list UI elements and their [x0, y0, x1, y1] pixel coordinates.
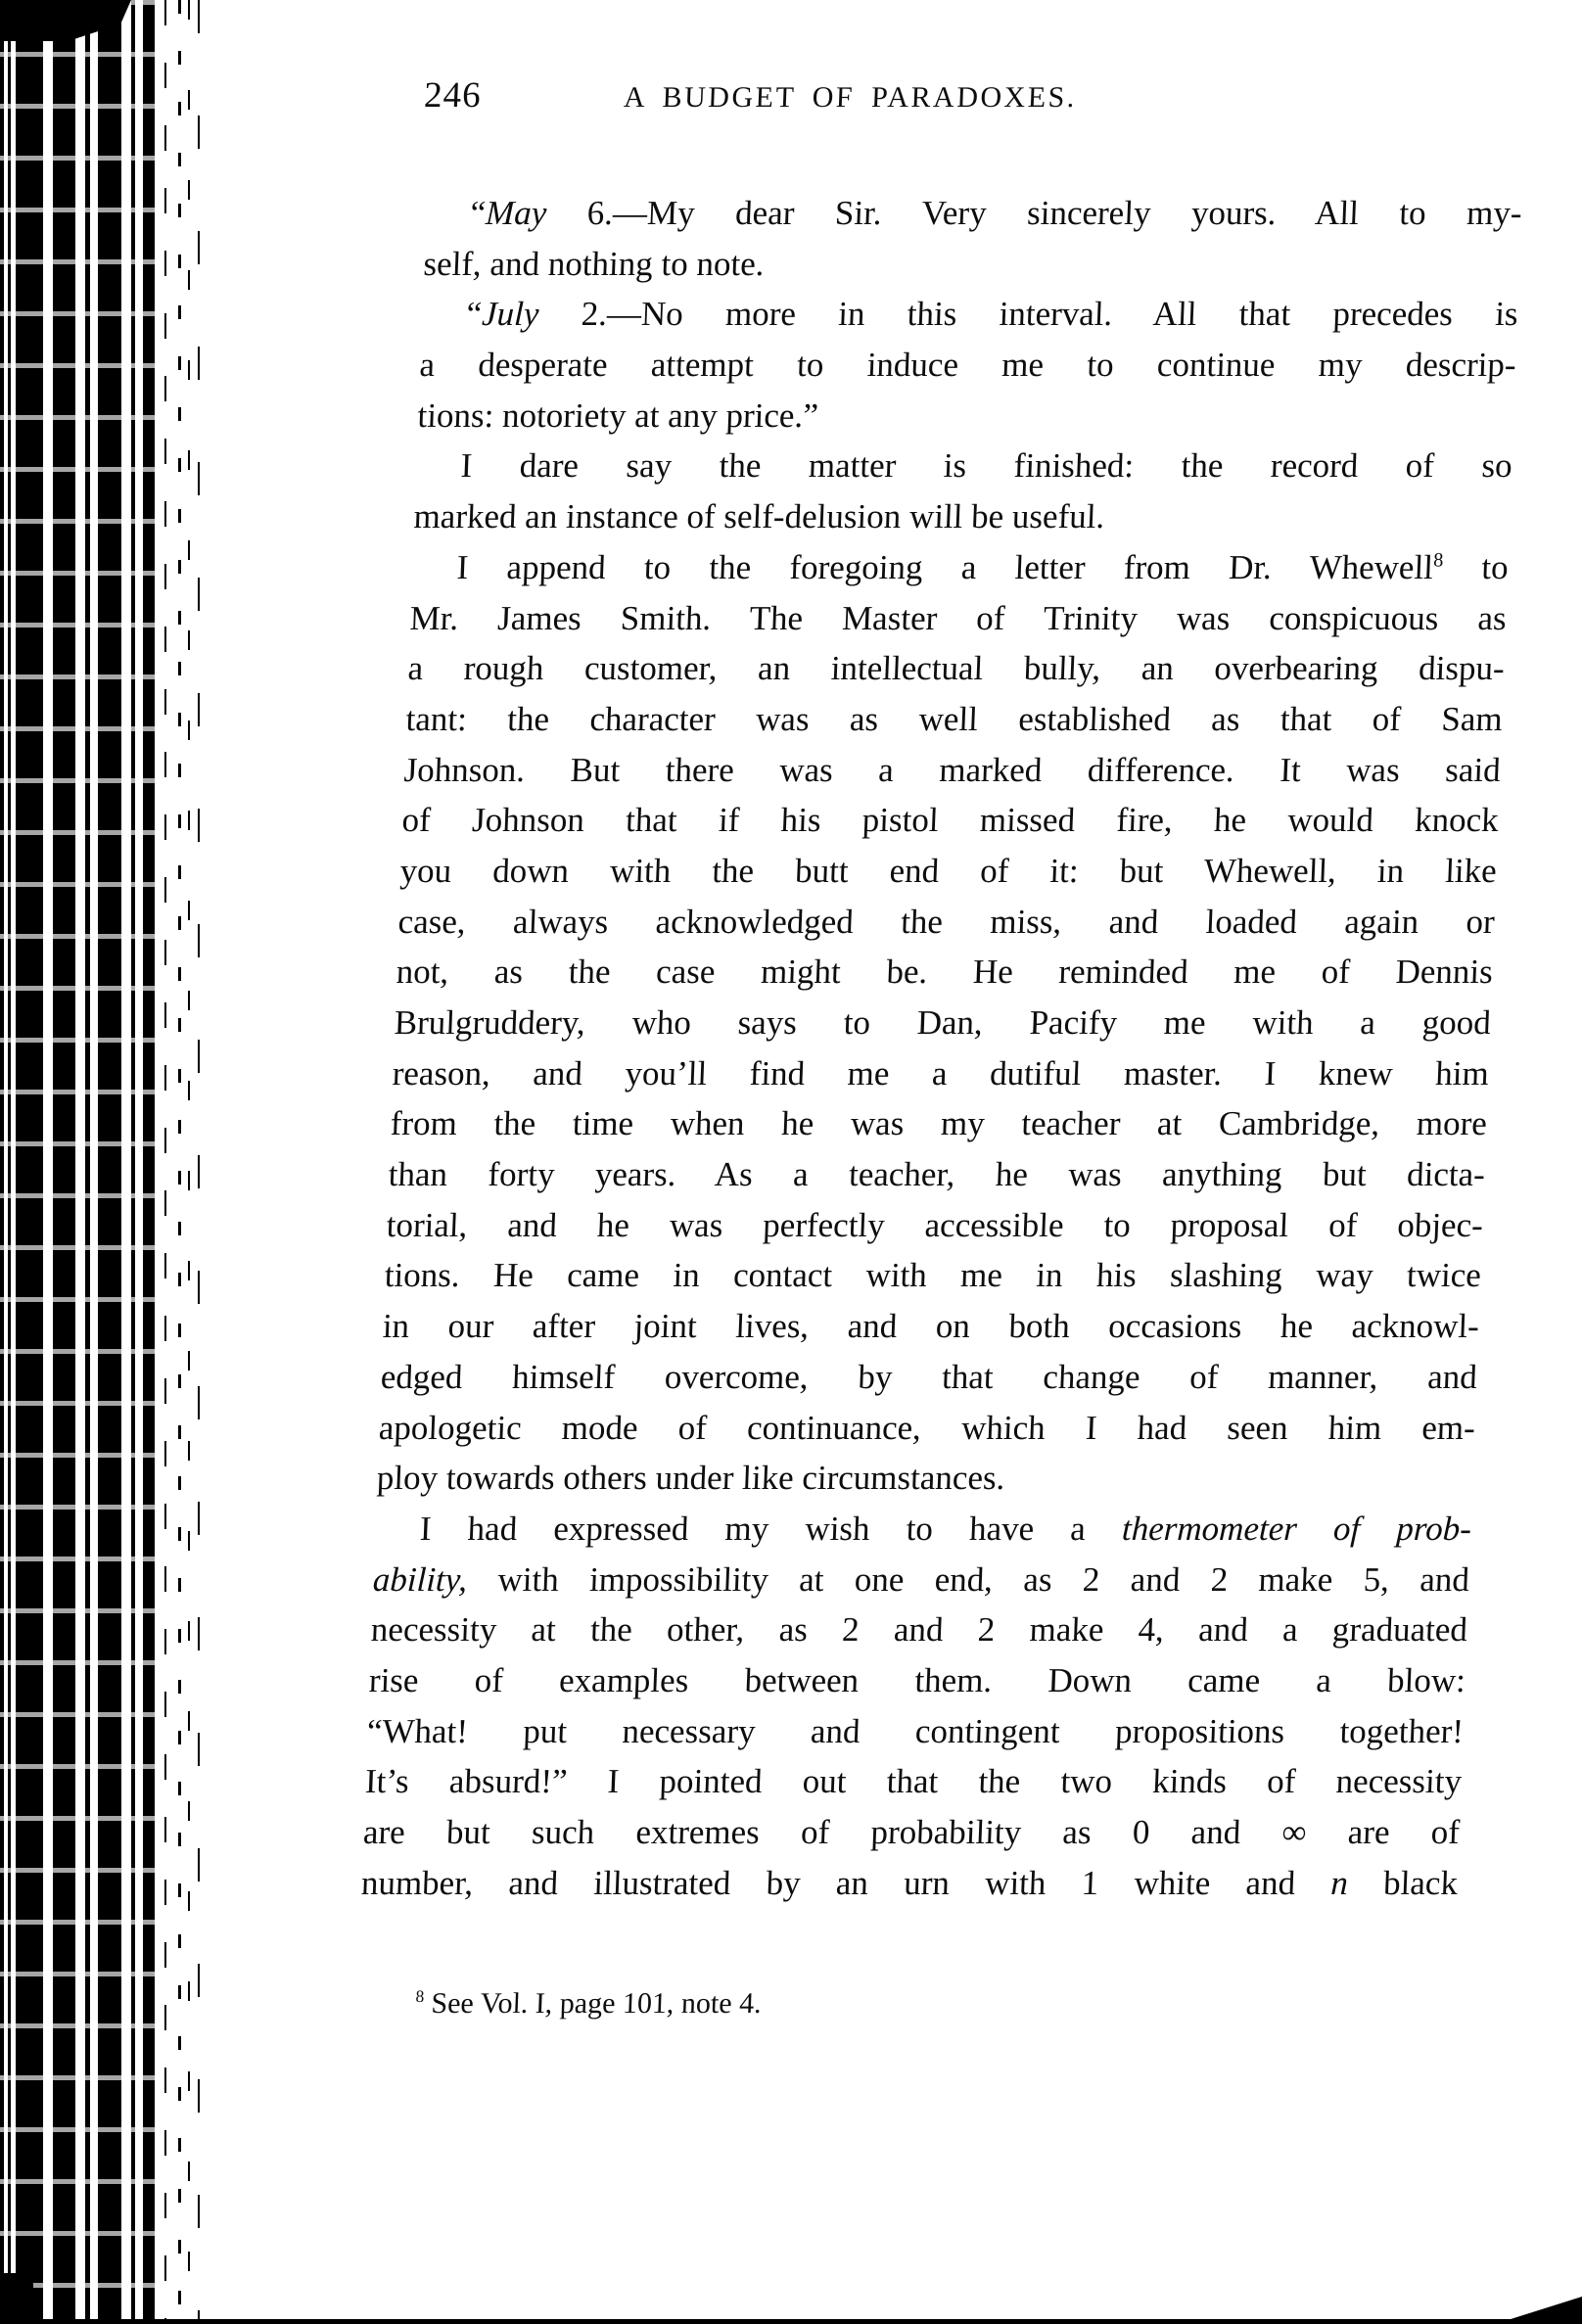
text-line: “What! put necessary and contingent prop… [366, 1706, 1465, 1757]
scan-blob-bottom-right [1508, 2297, 1582, 2320]
footnote: 8 See Vol. I, page 101, note 4. [356, 1986, 1454, 2022]
text-line: Brulgruddery, who says to Dan, Pacify me… [394, 998, 1492, 1048]
text-line: reason, and you’ll find me a dutiful mas… [392, 1048, 1490, 1099]
text-line: of Johnson that if his pistol missed fir… [401, 795, 1500, 846]
scanned-book-page: 246 A BUDGET OF PARADOXES. “May 6.—My de… [0, 0, 1582, 2324]
text-line: ability, with impossibility at one end, … [372, 1555, 1470, 1605]
text-line: from the time when he was my teacher at … [390, 1098, 1488, 1149]
text-line: tions: notoriety at any price.” [417, 391, 1515, 442]
text-line: than forty years. As a teacher, he was a… [388, 1149, 1486, 1200]
text-line: tant: the character was as well establis… [405, 694, 1504, 745]
text-line: It’s absurd!” I pointed out that the two… [364, 1756, 1463, 1807]
text-line: rise of examples between them. Down came… [368, 1655, 1466, 1706]
text-line: Johnson. But there was a marked differen… [403, 745, 1502, 796]
text-line: “May 6.—My dear Sir. Very sincerely your… [425, 188, 1523, 239]
text-line: tions. He came in contact with me in his… [384, 1250, 1482, 1301]
text-line: edged himself overcome, by that change o… [380, 1352, 1478, 1403]
text-line: case, always acknowledged the miss, and … [397, 897, 1496, 948]
page-header: 246 A BUDGET OF PARADOXES. [429, 74, 1527, 117]
footnote-marker: 8 [415, 1986, 424, 2006]
scan-blob-bottom-left [0, 2273, 33, 2324]
text-line: in our after joint lives, and on both oc… [382, 1301, 1480, 1352]
text-line: number, and illustrated by an urn with 1… [360, 1858, 1459, 1909]
running-title: A BUDGET OF PARADOXES. [623, 81, 1077, 115]
text-line: a desperate attempt to induce me to cont… [419, 340, 1517, 391]
footnote-text: See Vol. I, page 101, note 4. [431, 1987, 762, 2020]
binding-scan-artifact [0, 0, 211, 2324]
text-line: torial, and he was perfectly accessible … [386, 1200, 1484, 1251]
text-line: I dare say the matter is finished: the r… [415, 441, 1513, 491]
text-line: marked an instance of self-delusion will… [413, 491, 1512, 542]
text-line: you down with the butt end of it: but Wh… [399, 846, 1498, 897]
text-line: apologetic mode of continuance, which I … [378, 1403, 1476, 1454]
text-line: self, and nothing to note. [423, 239, 1521, 290]
page-content: 246 A BUDGET OF PARADOXES. “May 6.—My de… [356, 74, 1527, 2022]
scan-edge-bottom [0, 2319, 1582, 2324]
text-line: not, as the case might be. He reminded m… [395, 947, 1494, 998]
text-line: Mr. James Smith. The Master of Trinity w… [409, 593, 1508, 644]
text-line: necessity at the other, as 2 and 2 make … [370, 1604, 1468, 1655]
page-number: 246 [423, 74, 482, 116]
text-line: I append to the foregoing a letter from … [411, 542, 1510, 593]
text-line: ploy towards others under like circumsta… [376, 1453, 1474, 1504]
text-line: “July 2.—No more in this interval. All t… [421, 289, 1519, 340]
text-line: a rough customer, an intellectual bully,… [407, 643, 1506, 694]
text-line: I had expressed my wish to have a thermo… [374, 1504, 1472, 1555]
text-line: are but such extremes of probability as … [362, 1807, 1461, 1858]
body-text: “May 6.—My dear Sir. Very sincerely your… [360, 188, 1523, 1908]
